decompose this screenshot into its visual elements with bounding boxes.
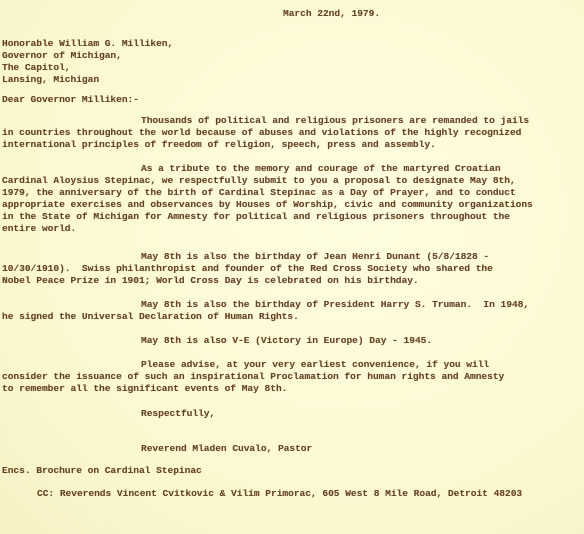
cc-line: CC: Reverends Vincent Cvitkovic & Vilim … bbox=[37, 488, 522, 500]
paragraph-line: in the State of Michigan for Amnesty for… bbox=[2, 211, 510, 223]
closing: Respectfully, bbox=[141, 408, 215, 420]
paragraph-line: Nobel Peace Prize in 1901; World Cross D… bbox=[2, 275, 419, 287]
letter-page: March 22nd, 1979. Honorable William G. M… bbox=[0, 0, 584, 534]
letter-date: March 22nd, 1979. bbox=[283, 8, 380, 20]
recipient-line: Governor of Michigan, bbox=[2, 50, 122, 62]
paragraph-line: May 8th is also V-E (Victory in Europe) … bbox=[141, 335, 432, 347]
paragraph-line: Thousands of political and religious pri… bbox=[141, 115, 529, 127]
paragraph-line: in countries throughout the world becaus… bbox=[2, 127, 521, 139]
recipient-line: Honorable William G. Milliken, bbox=[2, 38, 173, 50]
recipient-line: Lansing, Michigan bbox=[2, 74, 99, 86]
salutation: Dear Governor Milliken:- bbox=[2, 94, 139, 106]
paragraph-line: Please advise, at your very earliest con… bbox=[141, 359, 489, 371]
paragraph-line: May 8th is also the birthday of Jean Hen… bbox=[141, 251, 489, 263]
signature: Reverend Mladen Cuvalo, Pastor bbox=[141, 443, 312, 455]
paragraph-line: As a tribute to the memory and courage o… bbox=[141, 163, 501, 175]
paragraph-line: consider the issuance of such an inspira… bbox=[2, 371, 504, 383]
paragraph-line: appropriate exercises and observances by… bbox=[2, 199, 533, 211]
paragraph-line: Cardinal Aloysius Stepinac, we respectfu… bbox=[2, 175, 516, 187]
paragraph-line: international principles of freedom of r… bbox=[2, 139, 436, 151]
paragraph-line: he signed the Universal Declaration of H… bbox=[2, 311, 299, 323]
paragraph-line: to remember all the significant events o… bbox=[2, 383, 287, 395]
enclosure-note: Encs. Brochure on Cardinal Stepinac bbox=[2, 465, 202, 477]
paragraph-line: May 8th is also the birthday of Presiden… bbox=[141, 299, 529, 311]
paragraph-line: entire world. bbox=[2, 223, 76, 235]
recipient-line: The Capitol, bbox=[2, 62, 71, 74]
paragraph-line: 1979, the anniversary of the birth of Ca… bbox=[2, 187, 516, 199]
paragraph-line: 10/30/1910). Swiss philanthropist and fo… bbox=[2, 263, 493, 275]
